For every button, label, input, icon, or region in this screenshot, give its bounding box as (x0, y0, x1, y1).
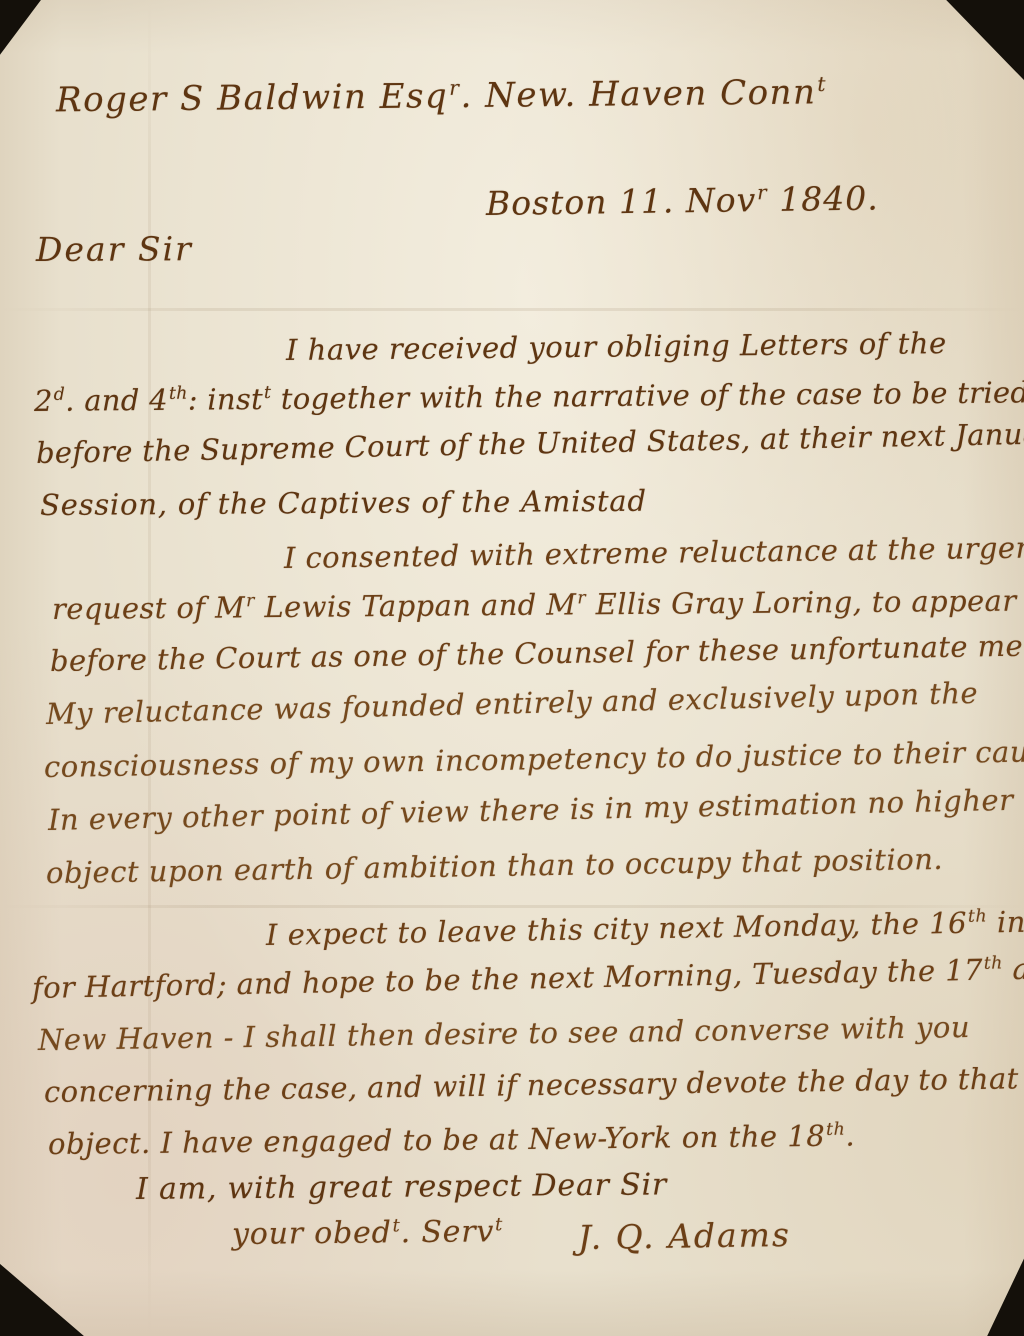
text-segment: : inst (188, 382, 264, 417)
superscript-text: r (449, 76, 461, 100)
superscript-text: th (968, 907, 988, 927)
closing-line: I am, with great respect Dear Sir (136, 1167, 667, 1207)
superscript-text: th (984, 954, 1003, 974)
text-segment: concerning the case, and will if necessa… (44, 1061, 1019, 1109)
letter-paper: Roger S Baldwin Esqr. New. Haven Connt B… (0, 0, 1024, 1336)
closing-line: your obedt. Servt (232, 1214, 504, 1252)
body-line: before the Court as one of the Counsel f… (50, 628, 1024, 678)
scanned-letter-frame: Roger S Baldwin Esqr. New. Haven Connt B… (0, 0, 1024, 1336)
text-segment: consciousness of my own incompetency to … (44, 734, 1024, 784)
text-segment: New Haven - I shall then desire to see a… (38, 1010, 971, 1057)
text-segment: . Serv (400, 1214, 494, 1250)
text-segment: My reluctance was founded entirely and e… (46, 676, 979, 731)
text-segment: I consented with extreme reluctance at t… (284, 530, 1024, 575)
text-segment: before the Supreme Court of the United S… (36, 416, 1024, 470)
body-line: Session, of the Captives of the Amistad (40, 484, 647, 522)
text-segment: request of M (52, 590, 245, 626)
superscript-text: t (495, 1214, 503, 1235)
text-segment: for Hartford; and hope to be the next Mo… (32, 953, 984, 1005)
body-line: I consented with extreme reluctance at t… (284, 530, 1024, 575)
body-line: New Haven - I shall then desire to see a… (38, 1010, 971, 1057)
superscript-text: t (392, 1215, 400, 1236)
body-line: I have received your obliging Letters of… (286, 326, 947, 367)
text-segment: Lewis Tappan and M (255, 587, 577, 624)
body-line: before the Supreme Court of the United S… (36, 416, 1024, 470)
signature: J. Q. Adams (578, 1215, 791, 1257)
text-segment: Ellis Gray Loring, to appear (586, 584, 1017, 622)
text-segment: In every other point of view there is in… (48, 783, 1014, 837)
text-segment: I have received your obliging Letters of… (286, 326, 947, 367)
superscript-text: r (246, 592, 255, 612)
superscript-text: d (54, 385, 66, 405)
paper-fold-line (0, 308, 1024, 311)
text-segment: at (1003, 952, 1024, 987)
body-line: concerning the case, and will if necessa… (44, 1061, 1019, 1109)
text-segment: before the Court as one of the Counsel f… (50, 628, 1024, 678)
superscript-text: th (169, 384, 188, 404)
superscript-text: r (757, 181, 768, 204)
body-line: request of Mr Lewis Tappan and Mr Ellis … (52, 584, 1017, 626)
body-line: 2d. and 4th: instt together with the nar… (34, 375, 1024, 418)
text-segment: your obed (232, 1215, 392, 1252)
superscript-text: r (577, 589, 586, 609)
text-segment: object upon earth of ambition than to oc… (46, 842, 944, 890)
text-segment: . New. Haven Conn (460, 72, 816, 116)
text-segment: I am, with great respect Dear Sir (136, 1167, 667, 1207)
text-segment: 1840. (767, 179, 879, 220)
body-line: object upon earth of ambition than to oc… (46, 842, 944, 890)
text-segment: Session, of the Captives of the Amistad (40, 484, 647, 522)
body-line: consciousness of my own incompetency to … (44, 734, 1024, 784)
body-line: My reluctance was founded entirely and e… (46, 676, 979, 731)
superscript-text: t (817, 72, 827, 96)
text-segment: . (845, 1119, 855, 1153)
text-segment: inst (987, 904, 1024, 939)
text-segment: Roger S Baldwin Esq (56, 76, 449, 120)
salutation: Dear Sir (36, 229, 193, 269)
text-segment: . and 4 (65, 383, 168, 418)
body-line: In every other point of view there is in… (48, 783, 1014, 837)
body-line: for Hartford; and hope to be the next Mo… (32, 952, 1024, 1005)
text-segment: Dear Sir (36, 229, 193, 269)
text-segment: J. Q. Adams (578, 1215, 791, 1257)
recipient-address-line: Roger S Baldwin Esqr. New. Haven Connt (56, 72, 827, 120)
dateline: Boston 11. Novr 1840. (486, 179, 879, 223)
text-segment: 2 (34, 384, 53, 418)
text-segment: together with the narrative of the case … (271, 375, 1024, 416)
text-segment: Boston 11. Nov (486, 180, 757, 223)
text-segment: object. I have engaged to be at New-York… (48, 1119, 826, 1161)
body-line: object. I have engaged to be at New-York… (48, 1119, 855, 1161)
text-segment: I expect to leave this city next Monday,… (266, 906, 968, 952)
body-line: I expect to leave this city next Monday,… (266, 904, 1024, 952)
superscript-text: th (826, 1120, 845, 1140)
